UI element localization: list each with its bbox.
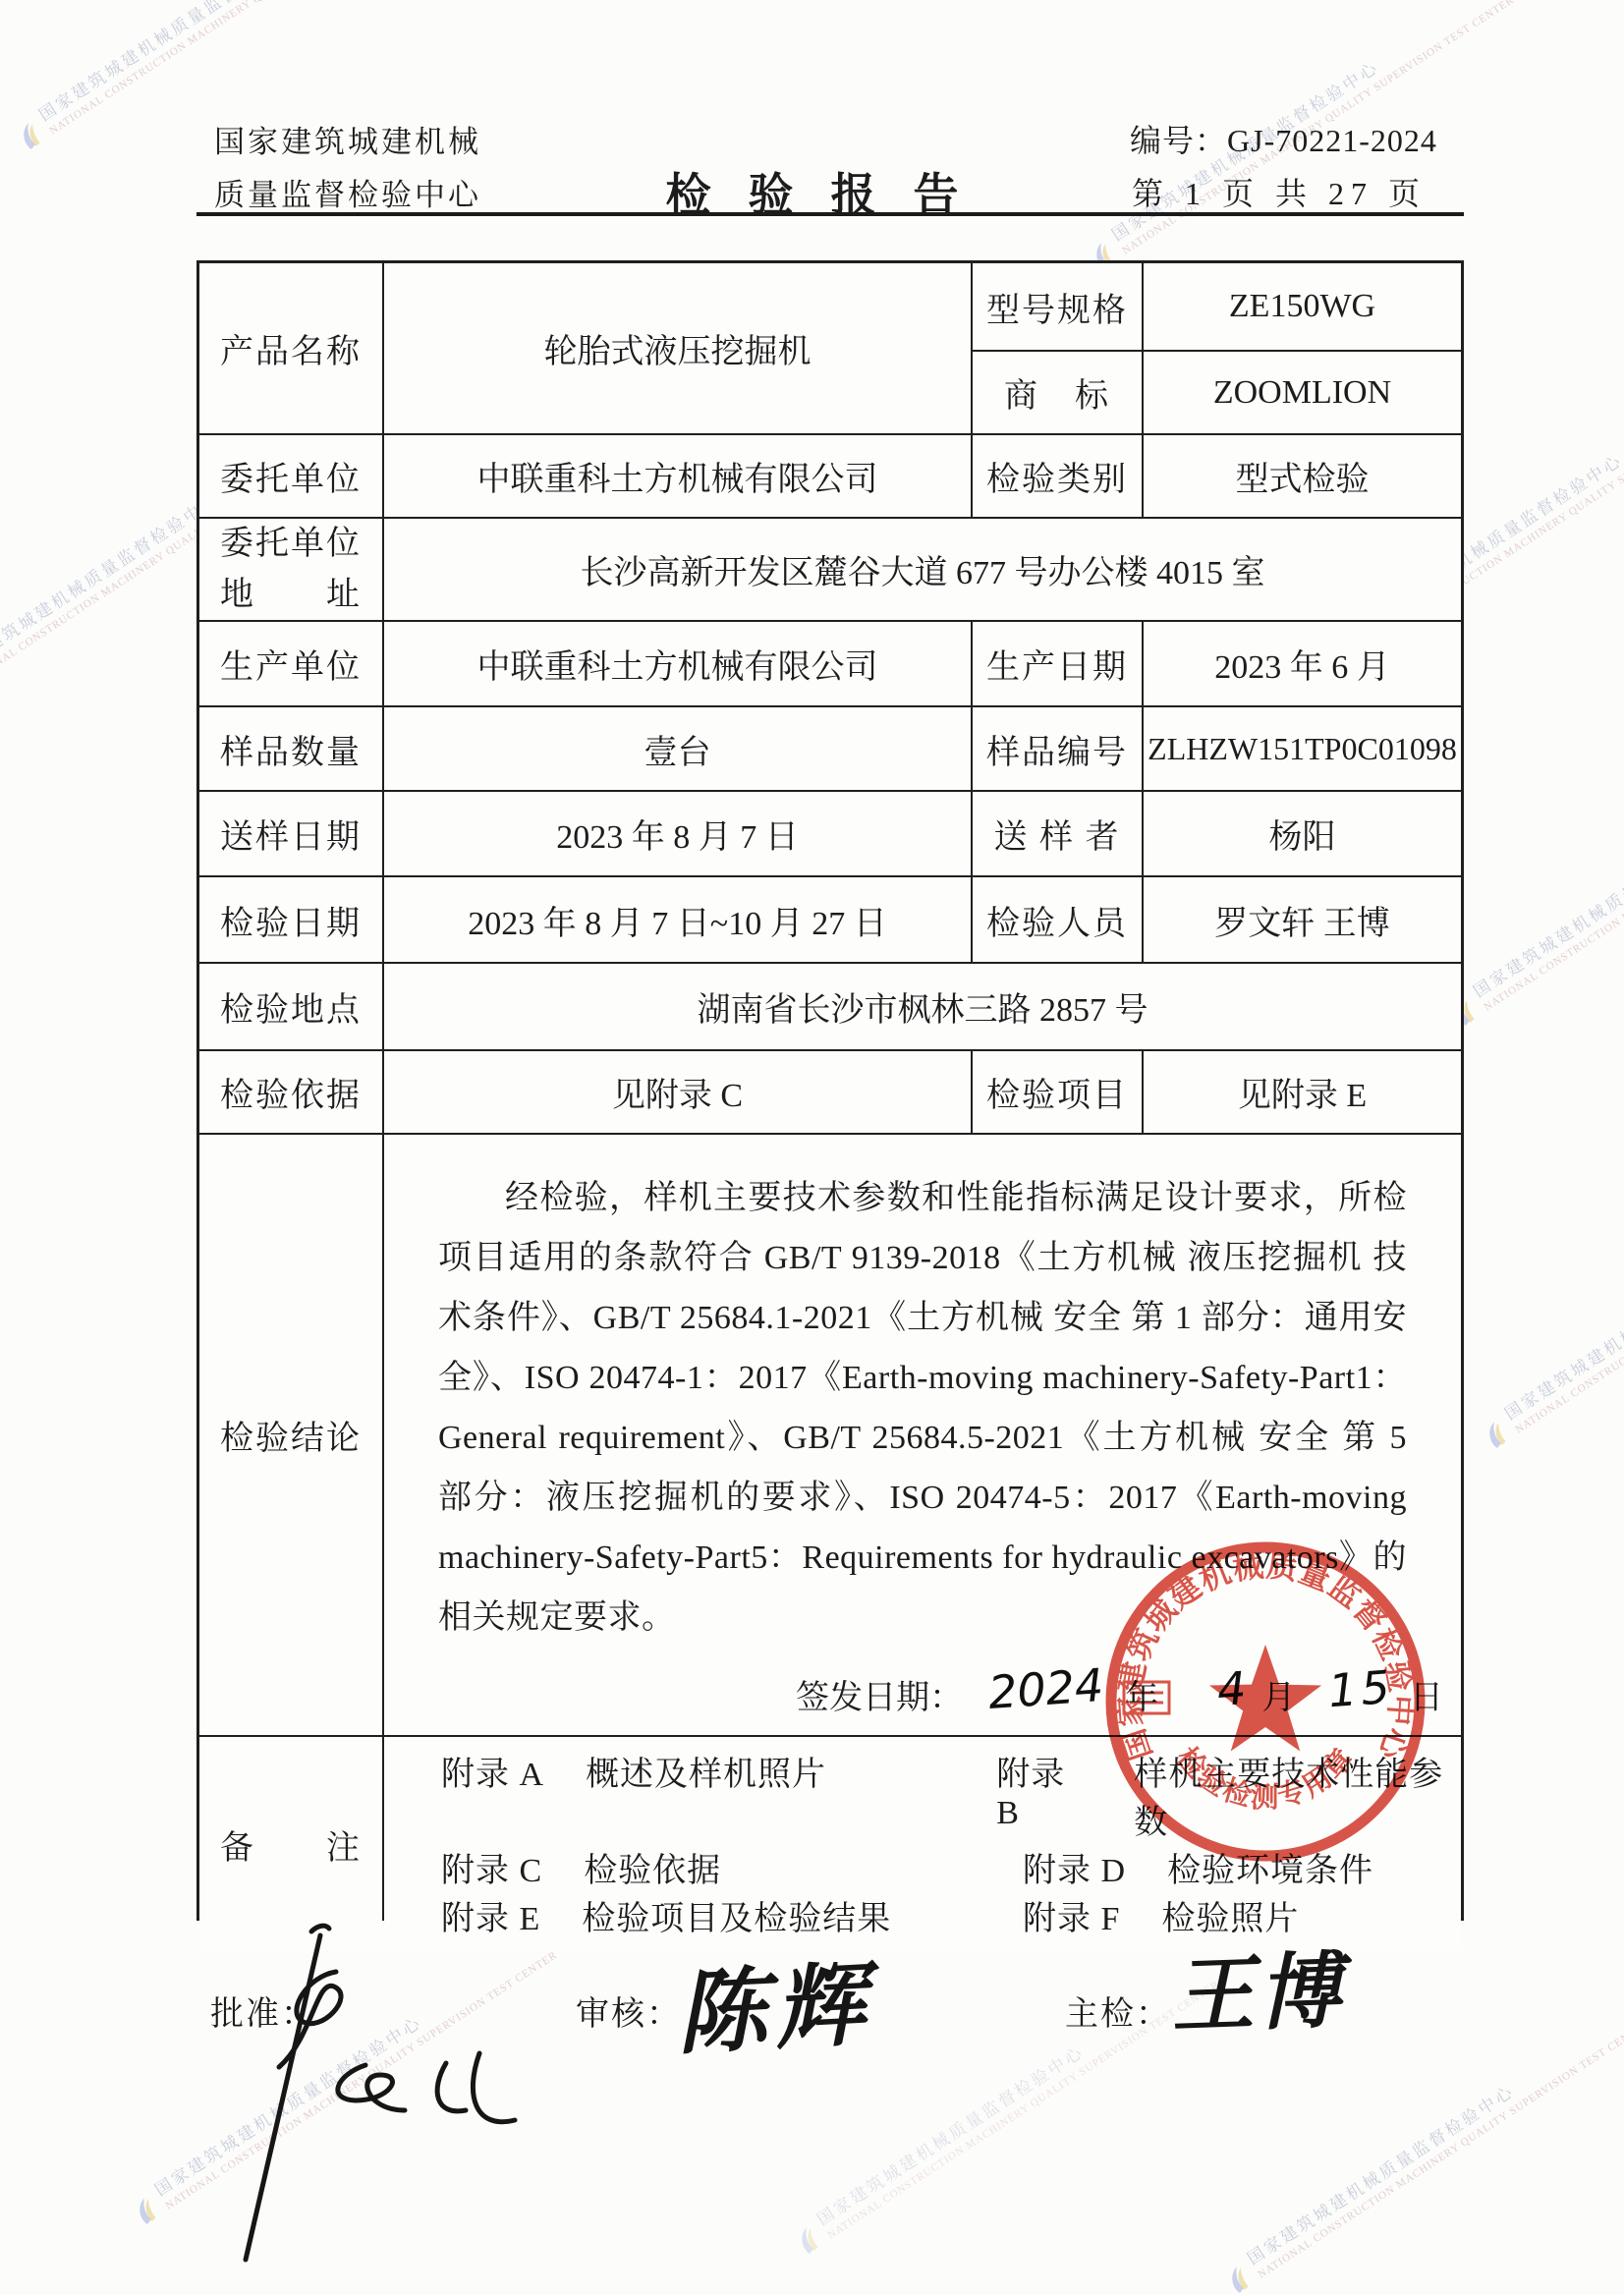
- svg-text:检验检测专用章: 检验检测专用章: [1170, 1741, 1361, 1814]
- appendix-title: 检验依据: [584, 1843, 721, 1891]
- model-label: 型号规格: [973, 263, 1142, 350]
- report-number: 编号：GJ-70221-2024: [1130, 116, 1437, 161]
- watermark-subtext: NATIONAL CONSTRUCTION MACHINERY QUALITY …: [1513, 1173, 1624, 1436]
- watermark-logo: [1221, 2262, 1256, 2295]
- inspection-basis-label: 检验依据: [199, 1051, 382, 1133]
- delivery-date-label: 送样日期: [199, 792, 382, 875]
- inspection-basis-value: 见附录 C: [384, 1051, 971, 1133]
- appendix-title: 概述及样机照片: [586, 1747, 826, 1843]
- header-divider: [196, 212, 1464, 216]
- trademark-value: ZOOMLION: [1144, 352, 1461, 433]
- watermark-text: 国家建筑城建机械质量监督检验中心: [1499, 1150, 1624, 1425]
- watermark-logo: [791, 2222, 825, 2259]
- inspection-items-label: 检验项目: [973, 1051, 1142, 1133]
- client-address-label: 委托单位 地 址: [199, 519, 382, 620]
- watermark-logo: [1479, 1417, 1513, 1453]
- manufacturer-value: 中联重科土方机械有限公司: [384, 622, 971, 705]
- inspection-location-label: 检验地点: [199, 964, 382, 1049]
- watermark-logo: [129, 2193, 163, 2229]
- client-address-label-line2: 地 址: [220, 570, 362, 621]
- manufacturer-label: 生产单位: [199, 622, 382, 705]
- chief-label: 主检：: [1065, 1987, 1171, 2035]
- watermark-text: 国家建筑城建机械质量监督检验中心: [33, 0, 436, 126]
- report-page: 国家建筑城建机械质量监督检验中心NATIONAL CONSTRUCTION MA…: [0, 0, 1624, 2295]
- client-address-label-line1: 委托单位: [220, 519, 362, 570]
- appendix-code: 附录 C: [441, 1843, 542, 1891]
- sample-sender-label: 送 样 者: [973, 792, 1142, 875]
- sample-quantity-label: 样品数量: [199, 707, 382, 790]
- appendix-item: 附录 C检验依据: [441, 1843, 1023, 1891]
- production-date-label: 生产日期: [973, 622, 1142, 705]
- approve-signature-scribble: [218, 1918, 542, 2271]
- appendix-item: 附录 A概述及样机照片: [441, 1747, 996, 1843]
- conclusion-label: 检验结论: [199, 1135, 382, 1735]
- inspection-location-value: 湖南省长沙市枫林三路 2857 号: [384, 964, 1461, 1049]
- stamp-bottom-text: 检验检测专用章: [1170, 1741, 1361, 1814]
- product-name-label: 产品名称: [199, 263, 382, 433]
- chief-signature: 王博: [1169, 1925, 1346, 2049]
- inspection-category-value: 型式检验: [1144, 435, 1461, 517]
- inspection-items-value: 见附录 E: [1144, 1051, 1461, 1133]
- sample-number-value: ZLHZW151TP0C01098: [1144, 707, 1461, 790]
- watermark-logo: [13, 118, 47, 154]
- issue-date-label: 签发日期：: [796, 1670, 963, 1718]
- trademark-label: 商 标: [973, 352, 1142, 433]
- inspection-date-label: 检验日期: [199, 877, 382, 962]
- official-seal-stamp: 国家建筑城建机械质量监督检验中心 检验检测专用章: [1096, 1533, 1434, 1871]
- product-name-value: 轮胎式液压挖掘机: [384, 263, 971, 433]
- watermark-subtext: NATIONAL CONSTRUCTION MACHINERY QUALITY …: [1482, 751, 1624, 1014]
- client-label: 委托单位: [199, 435, 382, 517]
- appendix-title: 检验项目及检验结果: [582, 1891, 891, 1939]
- review-signature: 陈辉: [673, 1932, 876, 2072]
- appendix-code: 附录 F: [1023, 1891, 1120, 1939]
- watermark-subtext: NATIONAL CONSTRUCTION MACHINERY QUALITY …: [1256, 2018, 1624, 2281]
- watermark: 国家建筑城建机械质量监督检验中心NATIONAL CONSTRUCTION MA…: [1473, 1150, 1624, 1453]
- stamp-star-icon: [1209, 1645, 1321, 1752]
- delivery-date-value: 2023 年 8 月 7 日: [384, 792, 971, 875]
- inspection-category-label: 检验类别: [973, 435, 1142, 517]
- issue-year-handwritten: 2024: [986, 1658, 1105, 1719]
- page-number-info: 第 1 页 共 27 页: [1132, 169, 1427, 214]
- watermark: 国家建筑城建机械质量监督检验中心NATIONAL CONSTRUCTION MA…: [1441, 728, 1624, 1031]
- model-value: ZE150WG: [1144, 263, 1461, 350]
- review-label: 审核：: [576, 1987, 682, 2035]
- sample-sender-value: 杨阳: [1144, 792, 1461, 875]
- appendix-code: 附录 A: [441, 1747, 544, 1843]
- inspectors-label: 检验人员: [973, 877, 1142, 962]
- inspection-date-value: 2023 年 8 月 7 日~10 月 27 日: [384, 877, 971, 962]
- production-date-value: 2023 年 6 月: [1144, 622, 1461, 705]
- client-address-value: 长沙高新开发区麓谷大道 677 号办公楼 4015 室: [384, 519, 1461, 620]
- sample-number-label: 样品编号: [973, 707, 1142, 790]
- client-value: 中联重科土方机械有限公司: [384, 435, 971, 517]
- watermark-text: 国家建筑城建机械质量监督检验中心: [1468, 728, 1624, 1002]
- sample-quantity-value: 壹台: [384, 707, 971, 790]
- inspectors-value: 罗文轩 王博: [1144, 877, 1461, 962]
- appendix-code: 附录 B: [996, 1747, 1092, 1843]
